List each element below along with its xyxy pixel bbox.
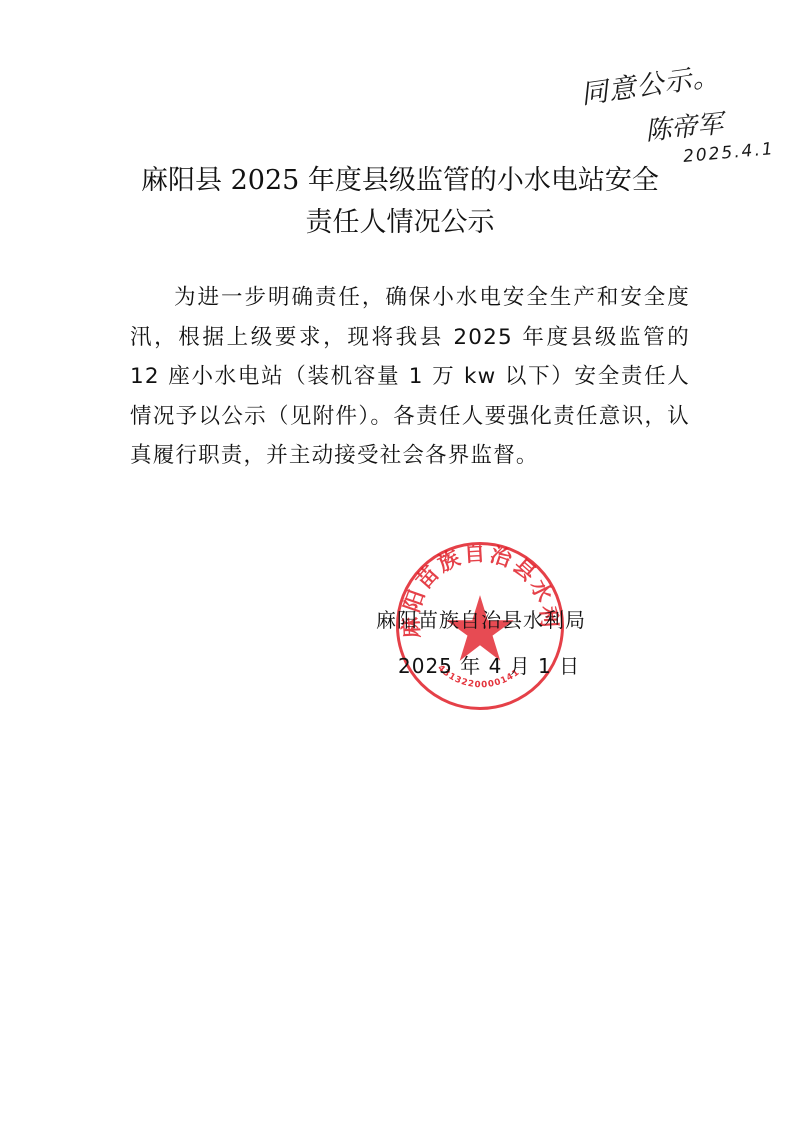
issuer-name: 麻阳苗族自治县水利局 [376, 604, 586, 633]
title-line-1: 麻阳县 2025 年度县级监管的小水电站安全 [141, 165, 659, 196]
handwritten-approval: 同意公示。 陈帝军 2025.4.1 [555, 55, 775, 175]
approval-text: 同意公示。 [578, 53, 722, 111]
issue-date: 2025 年 4 月 1 日 [398, 650, 580, 679]
body-paragraph: 为进一步明确责任，确保小水电安全生产和安全度汛，根据上级要求，现将我县 2025… [130, 278, 690, 476]
title-line-2: 责任人情况公示 [306, 207, 495, 238]
document-title: 麻阳县 2025 年度县级监管的小水电站安全 责任人情况公示 [100, 160, 700, 244]
approver-signature: 陈帝军 [643, 103, 724, 148]
